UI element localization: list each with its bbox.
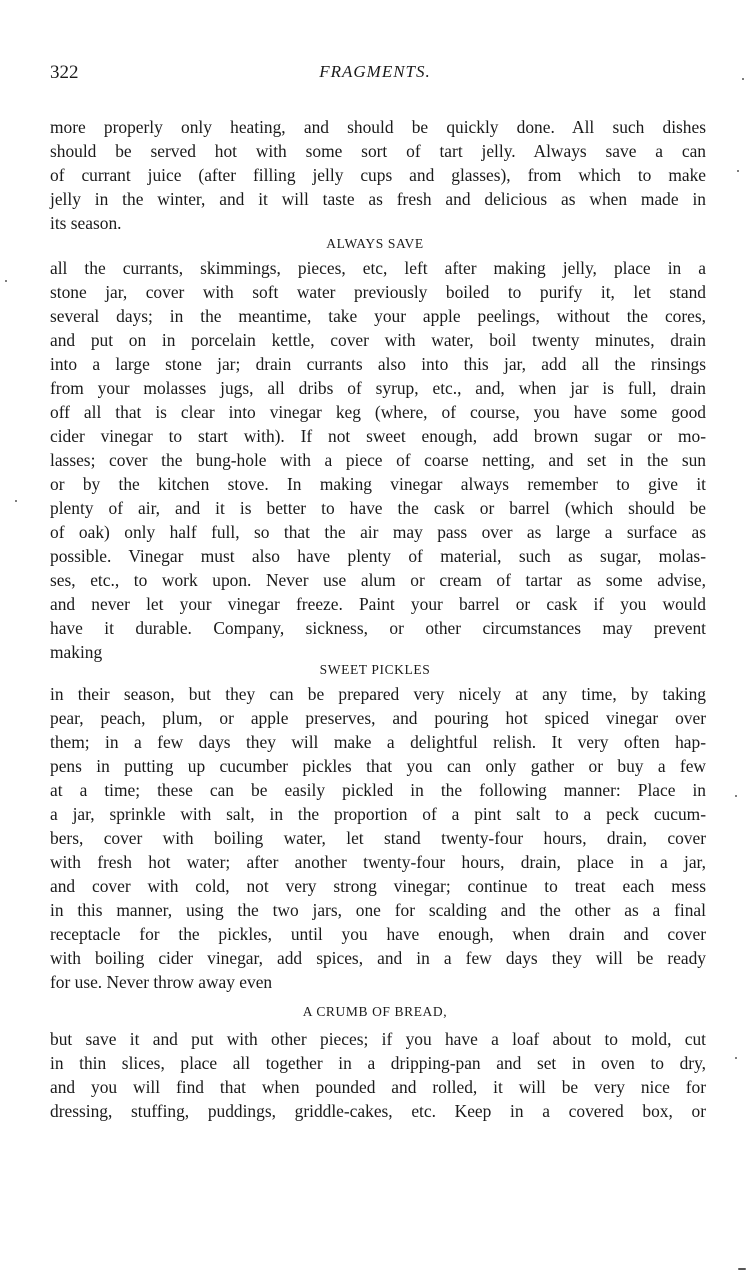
scan-speck <box>738 1268 746 1270</box>
text-line: receptacle for the pickles, until you ha… <box>50 922 706 946</box>
text-line: possible. Vinegar must also have plenty … <box>50 544 706 568</box>
text-line: bers, cover with boiling water, let stan… <box>50 826 706 850</box>
scan-speck <box>5 280 7 282</box>
text-line: off all that is clear into vinegar keg (… <box>50 400 706 424</box>
text-line: with fresh hot water; after another twen… <box>50 850 706 874</box>
text-line: at a time; these can be easily pickled i… <box>50 778 706 802</box>
text-line: ses, etc., to work upon. Never use alum … <box>50 568 706 592</box>
text-line: dressing, stuffing, puddings, griddle-ca… <box>50 1099 706 1123</box>
scan-speck <box>735 1057 737 1059</box>
text-line: cider vinegar to start with). If not swe… <box>50 424 706 448</box>
text-line: but save it and put with other pieces; i… <box>50 1027 706 1051</box>
text-line: pear, peach, plum, or apple preserves, a… <box>50 706 706 730</box>
section-heading-sweet-pickles: SWEET PICKLES <box>0 658 750 682</box>
text-line: of oak) only half full, so that the air … <box>50 520 706 544</box>
text-line: all the currants, skimmings, pieces, etc… <box>50 256 706 280</box>
text-line: pens in putting up cucumber pickles that… <box>50 754 706 778</box>
text-line: and put on in porcelain kettle, cover wi… <box>50 328 706 352</box>
text-line: in their season, but they can be prepare… <box>50 682 706 706</box>
text-line: into a large stone jar; drain currants a… <box>50 352 706 376</box>
text-line: with boiling cider vinegar, add spices, … <box>50 946 706 970</box>
text-line: plenty of air, and it is better to have … <box>50 496 706 520</box>
text-line: more properly only heating, and should b… <box>50 115 706 139</box>
text-line: stone jar, cover with soft water previou… <box>50 280 706 304</box>
text-line: and you will find that when pounded and … <box>50 1075 706 1099</box>
text-line: of currant juice (after filling jelly cu… <box>50 163 706 187</box>
text-line: in this manner, using the two jars, one … <box>50 898 706 922</box>
text-line: lasses; cover the bung-hole with a piece… <box>50 448 706 472</box>
text-line: jelly in the winter, and it will taste a… <box>50 187 706 211</box>
text-line: should be served hot with some sort of t… <box>50 139 706 163</box>
scan-speck <box>735 795 737 797</box>
text-line: them; in a few days they will make a del… <box>50 730 706 754</box>
scan-speck <box>742 78 744 80</box>
text-line: have it durable. Company, sickness, or o… <box>50 616 706 640</box>
scan-speck <box>737 170 739 172</box>
text-line: several days; in the meantime, take your… <box>50 304 706 328</box>
text-line: for use. Never throw away even <box>50 970 706 994</box>
running-head: FRAGMENTS. <box>0 62 750 82</box>
scan-speck <box>15 500 17 502</box>
text-line: or by the kitchen stove. In making vineg… <box>50 472 706 496</box>
text-line: from your molasses jugs, all dribs of sy… <box>50 376 706 400</box>
text-line: and never let your vinegar freeze. Paint… <box>50 592 706 616</box>
text-line: in thin slices, place all together in a … <box>50 1051 706 1075</box>
section-heading-crumb-of-bread: A CRUMB OF BREAD, <box>0 1000 750 1024</box>
section-heading-always-save: ALWAYS SAVE <box>0 232 750 256</box>
text-line: and cover with cold, not very strong vin… <box>50 874 706 898</box>
text-line: a jar, sprinkle with salt, in the propor… <box>50 802 706 826</box>
